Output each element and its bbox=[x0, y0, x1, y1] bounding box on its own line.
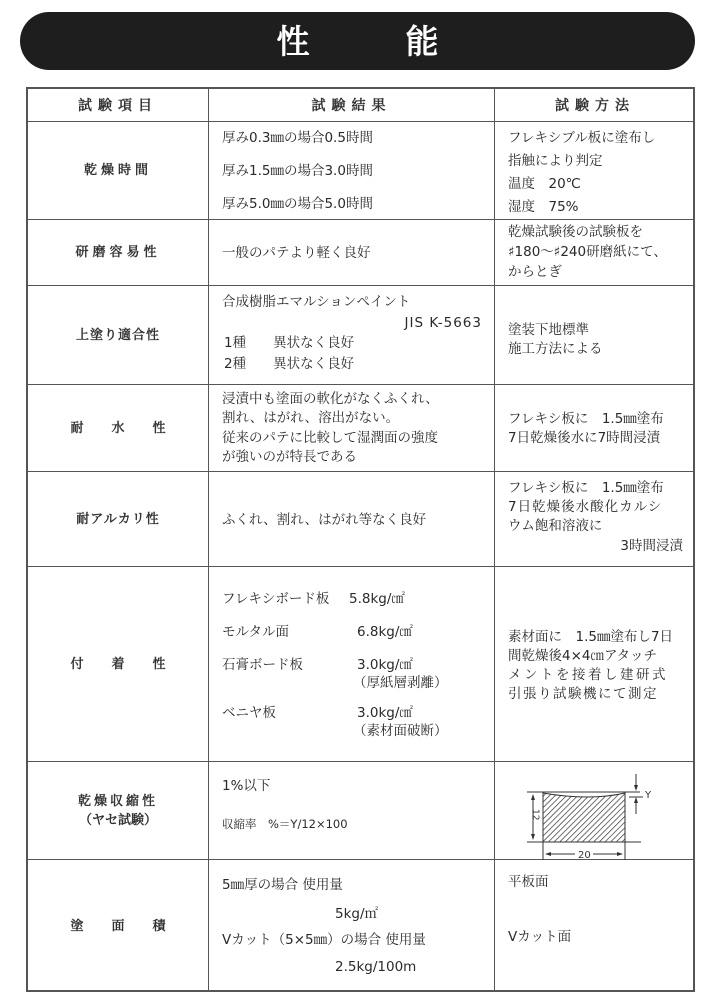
row-label: 耐水性 bbox=[42, 419, 193, 438]
row-label: 乾燥時間 bbox=[84, 161, 152, 180]
table-row-alkali-resistance: 耐アルカリ性 ふくれ、割れ、はがれ等なく良好 フレキシ板に 1.5㎜塗布 7日乾… bbox=[28, 472, 693, 567]
failure-note: （厚紙層剥離） bbox=[353, 673, 448, 693]
result-line: が強いのが特長である bbox=[222, 447, 357, 467]
result-line: 浸漬中も塗面の軟化がなくふくれ、 bbox=[222, 389, 439, 409]
method-line: 湿度 75% bbox=[508, 197, 579, 217]
substrate-label: モルタル面 bbox=[222, 622, 289, 642]
method-line: 間乾燥後4×4㎝アタッチ bbox=[508, 646, 657, 666]
row-label: 付着性 bbox=[42, 655, 193, 674]
header-test-method: 試験方法 bbox=[555, 95, 635, 115]
shrink-label: Y bbox=[644, 790, 652, 801]
table-row-adhesion: 付着性 フレキシボード板 5.8kg/㎠ モルタル面 6.8kg/㎠ 石膏ボード… bbox=[28, 567, 693, 762]
row-label: 塗面積 bbox=[42, 917, 193, 936]
row-label: 耐アルカリ性 bbox=[76, 510, 159, 529]
shrinkage-formula: 収縮率 %＝Y/12×100 bbox=[222, 814, 348, 834]
table-header-row: 試験項目 試験結果 試験方法 bbox=[28, 89, 693, 122]
method-line: 乾燥試験後の試験板を bbox=[508, 222, 643, 242]
method-line: 施工方法による bbox=[508, 339, 603, 359]
method-line: Vカット面 bbox=[508, 927, 571, 947]
adhesion-value: 5.8kg/㎠ bbox=[349, 589, 405, 609]
result-line: 厚み1.5㎜の場合3.0時間 bbox=[222, 161, 373, 181]
result-line: 1%以下 bbox=[222, 776, 270, 796]
method-line: からとぎ bbox=[508, 262, 562, 282]
standard-code: JIS K-5663 bbox=[405, 313, 483, 333]
result-line: 2種 異状なく良好 bbox=[224, 354, 354, 374]
row-label: 乾燥収縮性 bbox=[78, 792, 158, 811]
header-test-item: 試験項目 bbox=[78, 95, 158, 115]
table-row-drying-shrinkage: 乾燥収縮性 （ヤセ試験） 1%以下 収縮率 %＝Y/12×100 bbox=[28, 762, 693, 860]
method-line: 温度 20℃ bbox=[508, 174, 581, 194]
adhesion-value: 3.0kg/㎠ bbox=[357, 655, 413, 675]
method-line: 引張り試験機にて測定 bbox=[508, 684, 658, 704]
row-label: 上塗り適合性 bbox=[76, 326, 160, 345]
result-line: 厚み0.3㎜の場合0.5時間 bbox=[222, 128, 373, 148]
row-label: 研磨容易性 bbox=[75, 243, 160, 262]
adhesion-value: 3.0kg/㎠ bbox=[357, 703, 413, 723]
method-line: フレキシブル板に塗布し bbox=[508, 128, 655, 148]
result-line: 割れ、はがれ、溶出がない。 bbox=[222, 408, 399, 428]
method-line: 指触により判定 bbox=[508, 151, 603, 171]
table-row-topcoat-compatibility: 上塗り適合性 合成樹脂エマルションペイント JIS K-5663 1種 異状なく… bbox=[28, 286, 693, 385]
result-line: 5㎜厚の場合 使用量 bbox=[222, 875, 343, 895]
result-line: ふくれ、割れ、はがれ等なく良好 bbox=[222, 510, 426, 530]
method-line: 3時間浸漬 bbox=[620, 536, 683, 556]
method-line: フレキシ板に 1.5㎜塗布 bbox=[508, 409, 664, 429]
page-title: 性能 bbox=[181, 25, 535, 58]
title-banner: 性能 bbox=[20, 12, 695, 70]
adhesion-value: 6.8kg/㎠ bbox=[357, 622, 413, 642]
table-row-sandability: 研磨容易性 一般のパテより軽く良好 乾燥試験後の試験板を ♯180～♯240研磨… bbox=[28, 220, 693, 286]
method-line: 7日乾燥後水に7時間浸漬 bbox=[508, 428, 660, 448]
method-line: 塗装下地標準 bbox=[508, 320, 589, 340]
table-row-coverage: 塗面積 5㎜厚の場合 使用量 5kg/㎡ Vカット（5×5㎜）の場合 使用量 2… bbox=[28, 860, 693, 992]
shrinkage-test-diagram: 12 20 Y bbox=[505, 766, 695, 860]
height-label: 12 bbox=[530, 809, 540, 820]
method-line: メントを接着し建研式 bbox=[508, 665, 668, 685]
result-line: Vカット（5×5㎜）の場合 使用量 bbox=[222, 930, 426, 950]
substrate-label: 石膏ボード板 bbox=[222, 655, 303, 675]
performance-table: 試験項目 試験結果 試験方法 乾燥時間 厚み0.3㎜の場合0.5時間 厚み1.5… bbox=[26, 87, 695, 992]
substrate-label: フレキシボード板 bbox=[222, 589, 329, 609]
failure-note: （素材面破断） bbox=[353, 721, 448, 741]
method-line: フレキシ板に 1.5㎜塗布 bbox=[508, 478, 664, 498]
method-line: 素材面に 1.5㎜塗布し7日 bbox=[508, 627, 673, 647]
result-line: 厚み5.0㎜の場合5.0時間 bbox=[222, 194, 373, 214]
result-line: 従来のパテに比較して湿潤面の強度 bbox=[222, 428, 438, 448]
method-line: ♯180～♯240研磨紙にて、 bbox=[508, 242, 667, 262]
result-value: 2.5kg/100m bbox=[335, 957, 416, 977]
method-line: 7日乾燥後水酸化カルシ bbox=[508, 497, 662, 517]
header-test-result: 試験結果 bbox=[312, 95, 392, 115]
method-line: ウム飽和溶液に bbox=[508, 516, 602, 536]
table-row-water-resistance: 耐水性 浸漬中も塗面の軟化がなくふくれ、 割れ、はがれ、溶出がない。 従来のパテ… bbox=[28, 385, 693, 472]
substrate-label: ベニヤ板 bbox=[222, 703, 276, 723]
table-row-drying-time: 乾燥時間 厚み0.3㎜の場合0.5時間 厚み1.5㎜の場合3.0時間 厚み5.0… bbox=[28, 122, 693, 220]
row-sublabel: （ヤセ試験） bbox=[79, 811, 157, 830]
method-line: 平板面 bbox=[508, 872, 549, 892]
result-line: 合成樹脂エマルションペイント bbox=[222, 292, 410, 312]
result-line: 1種 異状なく良好 bbox=[224, 333, 354, 353]
result-line: 一般のパテより軽く良好 bbox=[222, 243, 371, 263]
result-value: 5kg/㎡ bbox=[335, 904, 378, 924]
width-label: 20 bbox=[578, 850, 591, 860]
